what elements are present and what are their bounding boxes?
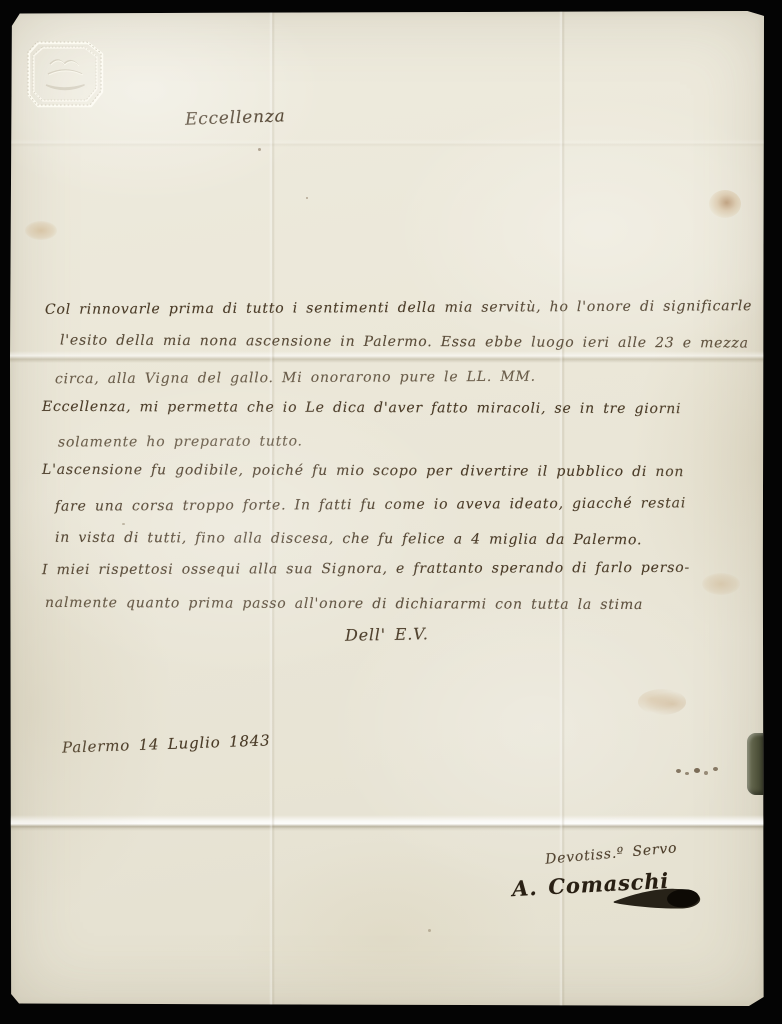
wax-seal-remnant [747,733,764,795]
body-line: I miei rispettosi ossequi alla sua Signo… [42,560,690,578]
foxing-stain [25,221,57,240]
body-line: L'ascensione fu godibile, poiché fu mio … [42,462,684,480]
speck [713,767,718,771]
body-line: fare una corsa troppo forte. In fatti fu… [55,495,686,514]
body-line: nalmente quanto prima passo all'onore di… [45,595,643,613]
body-line: circa, alla Vigna del gallo. Mi onoraron… [55,369,536,388]
speck [685,772,689,775]
paper-speck [122,523,125,525]
fold-crease-horizontal-lower [10,815,764,831]
paper-speck [306,197,308,199]
paper-speck [428,929,431,932]
embossed-stamp-octagon [24,38,106,110]
dateline: Palermo 14 Luglio 1843 [62,731,271,756]
paper-speck [258,148,261,151]
ink-speckle-mark [672,761,724,781]
body-line: solamente ho preparato tutto. [58,433,303,450]
valediction: Dell' E.V. [345,624,429,644]
speck [704,771,708,775]
body-line: Col rinnovarle prima di tutto i sentimen… [45,298,752,318]
body-line: in vista di tutti, fino alla discesa, ch… [55,530,642,549]
foxing-stain [709,190,741,218]
body-line: l'esito della mia nona ascensione in Pal… [60,332,749,351]
photo-black-backdrop: { "colors":{ "background":"#040404", "pa… [0,0,782,1024]
body-line: Eccellenza, mi permetta che io Le dica d… [42,399,681,417]
embossed-stamp [24,38,106,110]
fold-crease-horizontal-upper [10,351,764,363]
salutation: Eccellenza [185,106,286,129]
speck [694,768,700,773]
speck [676,769,681,773]
closing-formula: Devotiss.º Servo [545,840,678,867]
ink-blot [612,879,704,919]
foxing-stain [638,689,686,715]
fold-crease-horizontal-faint [10,139,764,147]
letter-page: Eccellenza Col rinnovarle prima di tutto… [10,11,764,1006]
foxing-stain [702,573,740,595]
